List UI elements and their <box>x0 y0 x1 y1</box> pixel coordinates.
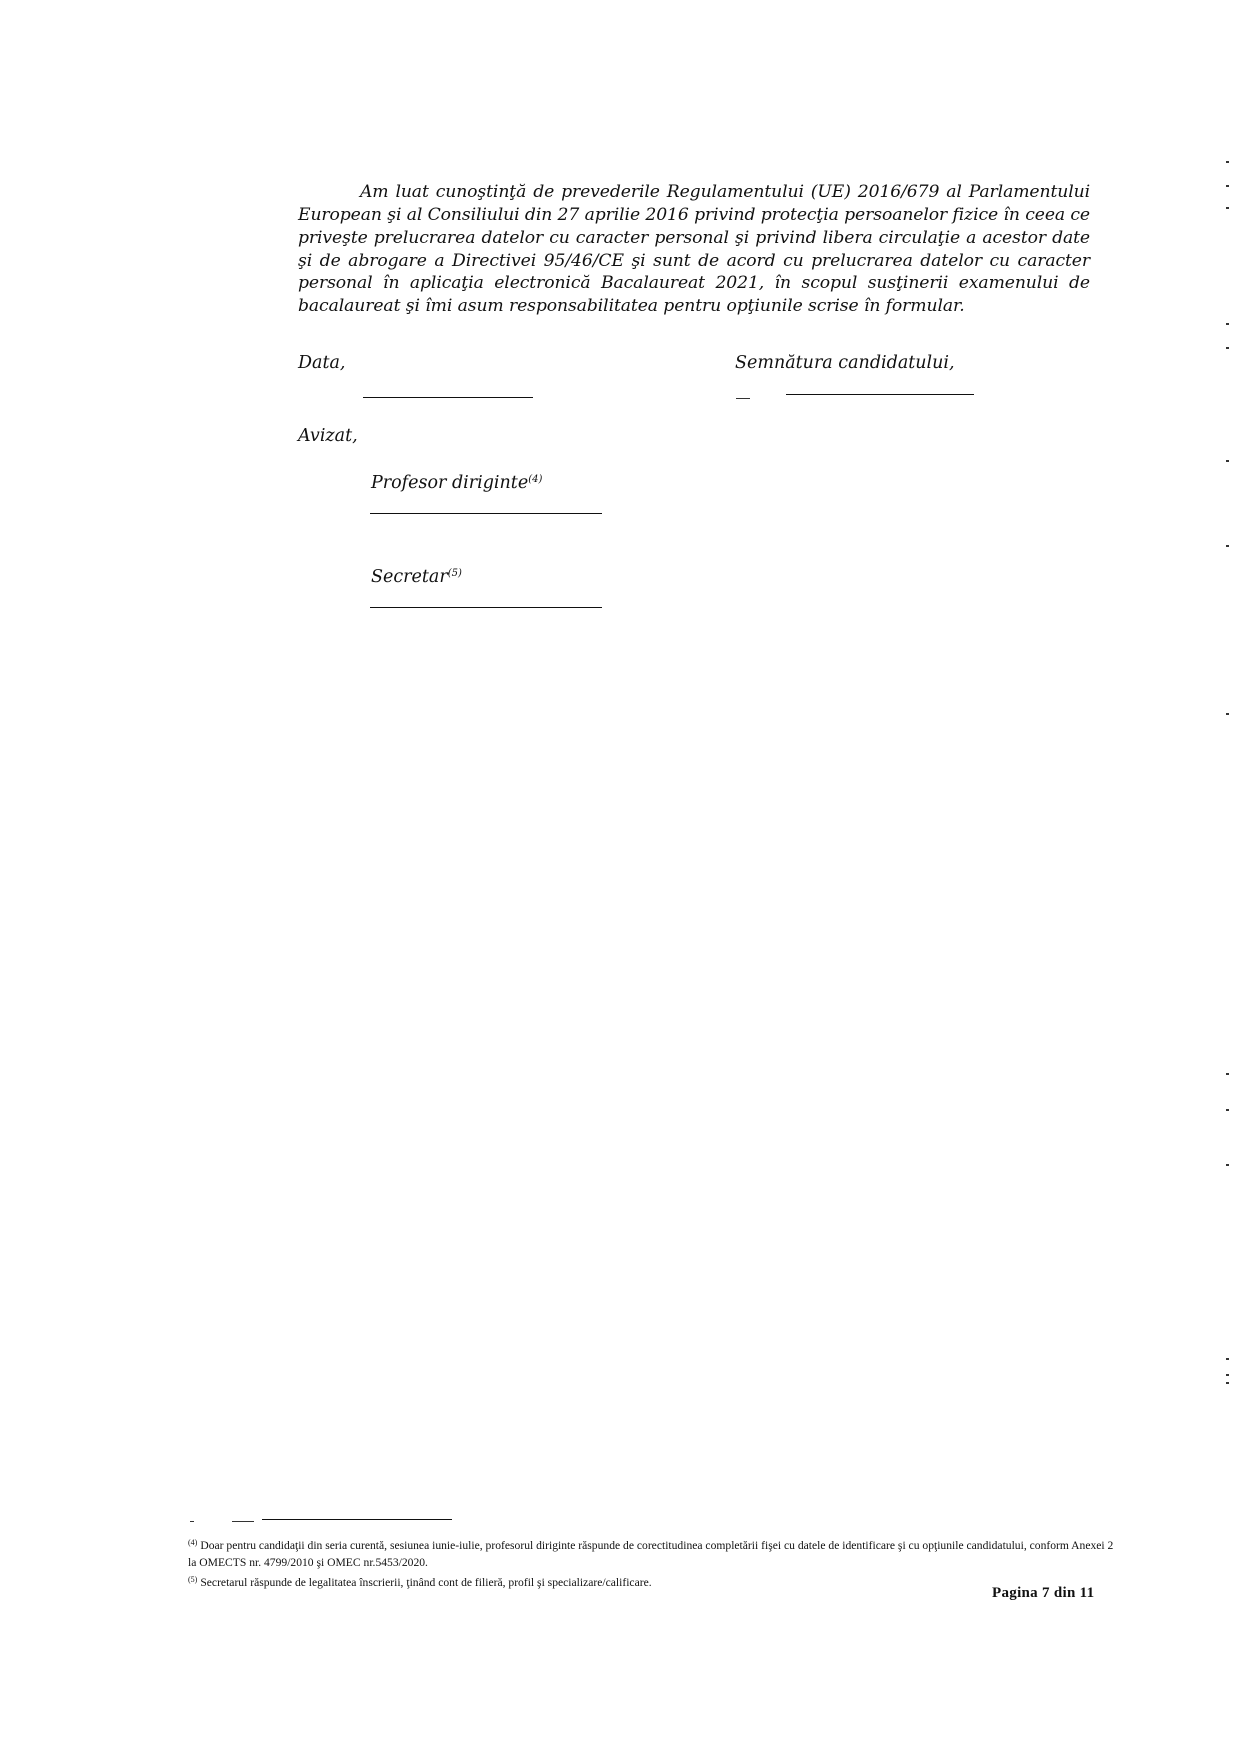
scan-edge-mark <box>1226 1164 1229 1166</box>
scan-edge-mark <box>1226 323 1229 325</box>
footnote-marker: (4) <box>188 1538 197 1547</box>
footnote-rule-fragment <box>232 1521 254 1522</box>
scan-edge-mark <box>1226 1109 1229 1111</box>
scan-edge-mark <box>1226 161 1229 163</box>
scan-edge-mark <box>1226 1358 1229 1360</box>
footnote-4: (4)Doar pentru candidaţii din seria cure… <box>188 1534 1123 1571</box>
homeroom-teacher-text: Profesor diriginte <box>371 473 528 493</box>
footnote-5: (5)Secretarul răspunde de legalitatea în… <box>188 1571 1123 1591</box>
homeroom-teacher-label: Profesor diriginte(4) <box>371 473 542 493</box>
scan-edge-mark <box>1226 545 1229 547</box>
scan-edge-mark <box>1226 713 1229 715</box>
footnote-marker: (5) <box>188 1575 197 1584</box>
scan-edge-mark <box>1226 1073 1229 1075</box>
page-number: Pagina 7 din 11 <box>992 1585 1094 1602</box>
footnote-ref-5: (5) <box>448 568 462 579</box>
footnote-text: Secretarul răspunde de legalitatea înscr… <box>200 1576 651 1589</box>
secretary-text: Secretar <box>371 567 448 587</box>
date-signature-line <box>363 397 533 398</box>
footnotes: (4)Doar pentru candidaţii din seria cure… <box>188 1534 1123 1591</box>
scan-edge-mark <box>1226 1374 1229 1376</box>
scan-edge-mark <box>1226 207 1229 209</box>
date-label: Data, <box>298 353 346 373</box>
footnote-text: Doar pentru candidaţii din seria curentă… <box>188 1539 1113 1569</box>
scan-edge-mark <box>1226 347 1229 349</box>
homeroom-teacher-signature-line <box>370 513 602 514</box>
footnote-separator <box>262 1519 452 1520</box>
consent-paragraph: Am luat cunoştinţă de prevederile Regula… <box>298 181 1090 318</box>
secretary-signature-line <box>370 607 602 608</box>
secretary-label: Secretar(5) <box>371 567 462 587</box>
footnote-rule-fragment <box>190 1521 194 1522</box>
approved-label: Avizat, <box>298 426 358 446</box>
footnote-ref-4: (4) <box>528 474 542 485</box>
scan-edge-mark <box>1226 460 1229 462</box>
candidate-signature-line <box>786 394 974 395</box>
candidate-signature-label: Semnătura candidatului, <box>735 353 955 373</box>
scan-edge-mark <box>1226 1382 1229 1384</box>
signature-line-fragment <box>736 398 750 399</box>
scan-edge-mark <box>1226 185 1229 187</box>
